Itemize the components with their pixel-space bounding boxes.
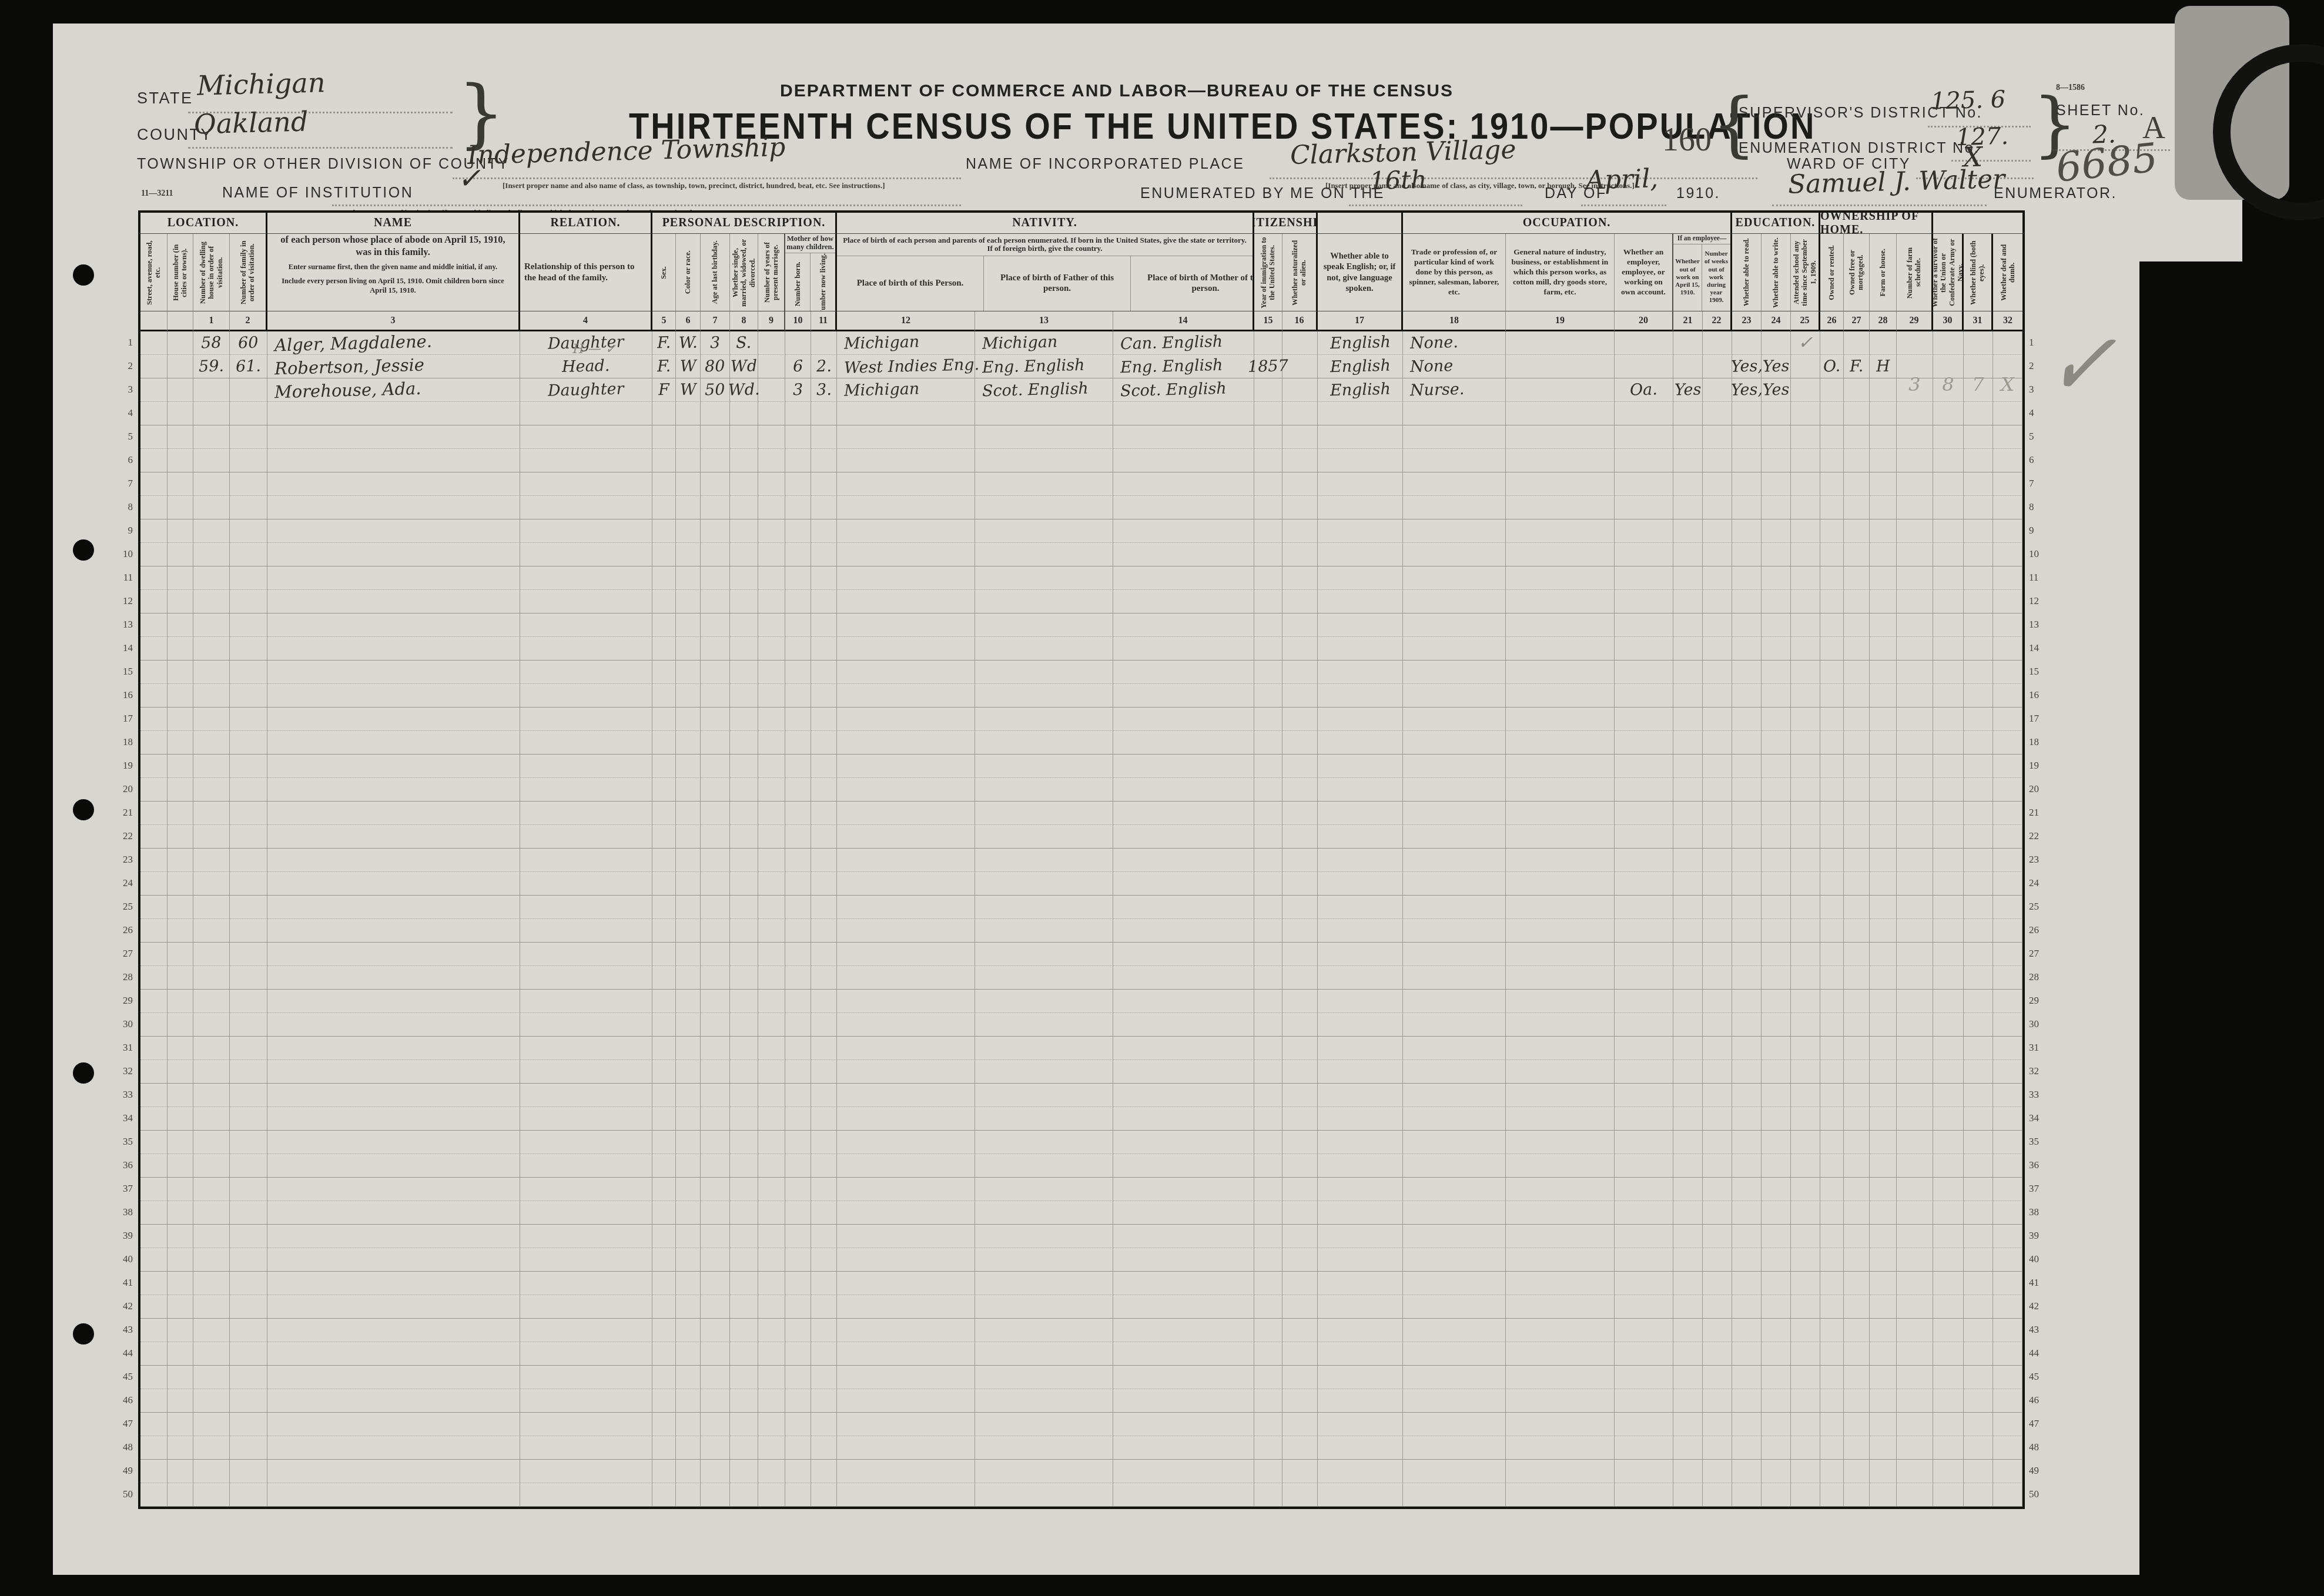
cell-r6-sex bbox=[652, 449, 676, 472]
cell-r16-sex bbox=[652, 684, 676, 708]
cell-r12-natur bbox=[1282, 590, 1318, 613]
vh-read: Whether able to read. bbox=[1732, 234, 1761, 311]
line-number-right-34: 34 bbox=[2029, 1112, 2039, 1124]
cell-r13-sex bbox=[652, 613, 676, 637]
cell-r5-street bbox=[140, 425, 168, 449]
cell-r39-born bbox=[785, 1225, 811, 1248]
col-header-natur: Whether naturalized or alien. bbox=[1282, 234, 1318, 311]
cell-r4-owned bbox=[1820, 402, 1844, 425]
cell-r40-yrsmar bbox=[758, 1248, 785, 1272]
vh-school: Attended school any time since September… bbox=[1791, 234, 1819, 311]
cell-r47-survivor bbox=[1933, 1413, 1964, 1436]
cell-r11-house bbox=[168, 566, 193, 590]
cell-r34-color bbox=[676, 1107, 701, 1131]
cell-r41-name bbox=[267, 1272, 520, 1295]
line-number-left-49: 49 bbox=[107, 1465, 133, 1477]
cell-r35-born bbox=[785, 1131, 811, 1154]
cell-r48-natur bbox=[1282, 1436, 1318, 1460]
cell-r16-trade bbox=[1403, 684, 1506, 708]
cell-r48-name bbox=[267, 1436, 520, 1460]
cell-r29-deaf bbox=[1993, 990, 2022, 1013]
cell-r22-owned bbox=[1820, 825, 1844, 849]
cell-r39-industry bbox=[1506, 1225, 1615, 1248]
cell-r39-deaf bbox=[1993, 1225, 2022, 1248]
cell-r5-deaf bbox=[1993, 425, 2022, 449]
vh-house: House number (in cities or towns). bbox=[168, 234, 193, 311]
cell-r12-bm bbox=[1113, 590, 1254, 613]
cell-r31-industry bbox=[1506, 1037, 1615, 1060]
cell-r2-color: W bbox=[676, 355, 701, 378]
cell-r8-house bbox=[168, 496, 193, 519]
col-header-house: House number (in cities or towns). bbox=[168, 234, 193, 311]
cell-r21-yrsmar bbox=[758, 802, 785, 825]
cell-r19-age bbox=[701, 755, 730, 778]
col-number-marital: 8 bbox=[730, 311, 758, 331]
cell-r33-natur bbox=[1282, 1084, 1318, 1107]
line-number-right-3: 3 bbox=[2029, 384, 2034, 395]
cell-r3-bm: Scot. English bbox=[1113, 378, 1254, 402]
cell-r17-dwell bbox=[193, 708, 230, 731]
cell-r36-weeks bbox=[1703, 1154, 1732, 1178]
cell-r30-marital bbox=[730, 1013, 758, 1037]
line-number-right-40: 40 bbox=[2029, 1253, 2039, 1265]
cell-r8-family bbox=[230, 496, 267, 519]
cell-r45-yrsmar bbox=[758, 1366, 785, 1389]
cell-r6-deaf bbox=[1993, 449, 2022, 472]
cell-r42-street bbox=[140, 1295, 168, 1319]
cell-r46-sex bbox=[652, 1389, 676, 1413]
cell-r15-weeks bbox=[1703, 660, 1732, 684]
cell-r48-born bbox=[785, 1436, 811, 1460]
cell-r18-relation bbox=[520, 731, 652, 755]
cell-r22-mortg bbox=[1844, 825, 1870, 849]
col-number-deaf: 32 bbox=[1993, 311, 2022, 331]
cell-r47-relation bbox=[520, 1413, 652, 1436]
cell-r29-street bbox=[140, 990, 168, 1013]
cell-r29-name bbox=[267, 990, 520, 1013]
cell-r29-family bbox=[230, 990, 267, 1013]
cell-r8-survivor bbox=[1933, 496, 1964, 519]
col-number-sched: 29 bbox=[1897, 311, 1933, 331]
col-number-name: 3 bbox=[267, 311, 520, 331]
cell-r33-mortg bbox=[1844, 1084, 1870, 1107]
cell-r9-english bbox=[1318, 519, 1403, 543]
cell-r43-write bbox=[1762, 1319, 1791, 1342]
cell-r44-deaf bbox=[1993, 1342, 2022, 1366]
cell-r8-mortg bbox=[1844, 496, 1870, 519]
cell-r37-name bbox=[267, 1178, 520, 1201]
cell-r4-color bbox=[676, 402, 701, 425]
cell-r4-english bbox=[1318, 402, 1403, 425]
cell-r9-write bbox=[1762, 519, 1791, 543]
cell-r22-blind bbox=[1964, 825, 1993, 849]
cell-r43-school bbox=[1791, 1319, 1820, 1342]
cell-r19-english bbox=[1318, 755, 1403, 778]
cell-r1-age: 3 bbox=[701, 331, 730, 355]
cell-r30-bf bbox=[975, 1013, 1113, 1037]
cell-r13-blind bbox=[1964, 613, 1993, 637]
cell-r37-read bbox=[1732, 1178, 1762, 1201]
cell-r9-industry bbox=[1506, 519, 1615, 543]
cell-r2-school bbox=[1791, 355, 1820, 378]
cell-r7-sched bbox=[1897, 472, 1933, 496]
cell-r43-sex bbox=[652, 1319, 676, 1342]
value-r1-name: Alger, Magdalene. bbox=[274, 332, 433, 354]
cell-r49-bp bbox=[837, 1460, 975, 1483]
cell-r3-immig bbox=[1254, 378, 1282, 402]
cell-r33-street bbox=[140, 1084, 168, 1107]
cell-r37-blind bbox=[1964, 1178, 1993, 1201]
cell-r24-survivor bbox=[1933, 872, 1964, 896]
cell-r25-owned bbox=[1820, 896, 1844, 919]
cell-r48-deaf bbox=[1993, 1436, 2022, 1460]
cell-r33-english bbox=[1318, 1084, 1403, 1107]
cell-r47-blind bbox=[1964, 1413, 1993, 1436]
cell-r49-sex bbox=[652, 1460, 676, 1483]
cell-r19-blind bbox=[1964, 755, 1993, 778]
cell-r32-street bbox=[140, 1060, 168, 1084]
cell-r33-immig bbox=[1254, 1084, 1282, 1107]
cell-r40-english bbox=[1318, 1248, 1403, 1272]
cell-r32-industry bbox=[1506, 1060, 1615, 1084]
cell-r10-industry bbox=[1506, 543, 1615, 566]
cell-r17-trade bbox=[1403, 708, 1506, 731]
cell-r28-mortg bbox=[1844, 966, 1870, 990]
cell-r4-school bbox=[1791, 402, 1820, 425]
col-number-bp: 12 bbox=[837, 311, 975, 331]
group-header-5: CITIZENSHIP. bbox=[1254, 213, 1318, 234]
cell-r28-farmhouse bbox=[1870, 966, 1897, 990]
line-number-left-33: 33 bbox=[107, 1089, 133, 1101]
cell-r19-weeks bbox=[1703, 755, 1732, 778]
cell-r42-bm bbox=[1113, 1295, 1254, 1319]
cell-r27-survivor bbox=[1933, 943, 1964, 966]
cell-r28-trade bbox=[1403, 966, 1506, 990]
cell-r6-bp bbox=[837, 449, 975, 472]
cell-r25-age bbox=[701, 896, 730, 919]
cell-r11-bm bbox=[1113, 566, 1254, 590]
cell-r4-blind bbox=[1964, 402, 1993, 425]
line-number-right-36: 36 bbox=[2029, 1159, 2039, 1171]
cell-r5-write bbox=[1762, 425, 1791, 449]
cell-r16-dwell bbox=[193, 684, 230, 708]
cell-r25-sex bbox=[652, 896, 676, 919]
line-number-left-21: 21 bbox=[107, 807, 133, 819]
cell-r19-outwork bbox=[1673, 755, 1703, 778]
cell-r29-school bbox=[1791, 990, 1820, 1013]
value-r1-marital: S. bbox=[736, 334, 752, 352]
cell-r34-weeks bbox=[1703, 1107, 1732, 1131]
cell-r17-house bbox=[168, 708, 193, 731]
cell-r20-owned bbox=[1820, 778, 1844, 802]
cell-r32-employer bbox=[1615, 1060, 1673, 1084]
cell-r47-yrsmar bbox=[758, 1413, 785, 1436]
vh-blind: Whether blind (both eyes). bbox=[1964, 234, 1991, 311]
cell-r33-write bbox=[1762, 1084, 1791, 1107]
cell-r38-blind bbox=[1964, 1201, 1993, 1225]
cell-r44-survivor bbox=[1933, 1342, 1964, 1366]
cell-r11-family bbox=[230, 566, 267, 590]
cell-r18-name bbox=[267, 731, 520, 755]
cell-r23-name bbox=[267, 849, 520, 872]
cell-r18-house bbox=[168, 731, 193, 755]
cell-r7-family bbox=[230, 472, 267, 496]
cell-r29-living bbox=[811, 990, 837, 1013]
cell-r19-write bbox=[1762, 755, 1791, 778]
cell-r34-read bbox=[1732, 1107, 1762, 1131]
incorporated-place-label: NAME OF INCORPORATED PLACE bbox=[966, 156, 1244, 173]
cell-r29-yrsmar bbox=[758, 990, 785, 1013]
cell-r26-deaf bbox=[1993, 919, 2022, 943]
cell-r24-outwork bbox=[1673, 872, 1703, 896]
cell-r38-name bbox=[267, 1201, 520, 1225]
cell-r5-english bbox=[1318, 425, 1403, 449]
line-number-left-46: 46 bbox=[107, 1394, 133, 1406]
cell-r47-industry bbox=[1506, 1413, 1615, 1436]
cell-r18-immig bbox=[1254, 731, 1282, 755]
cell-r12-street bbox=[140, 590, 168, 613]
cell-r14-owned bbox=[1820, 637, 1844, 660]
name-header-note1: Enter surname first, then the given name… bbox=[273, 263, 513, 272]
line-number-left-18: 18 bbox=[107, 736, 133, 748]
cell-r41-immig bbox=[1254, 1272, 1282, 1295]
cell-r45-outwork bbox=[1673, 1366, 1703, 1389]
cell-r30-trade bbox=[1403, 1013, 1506, 1037]
cell-r31-trade bbox=[1403, 1037, 1506, 1060]
cell-r41-natur bbox=[1282, 1272, 1318, 1295]
cell-r19-marital bbox=[730, 755, 758, 778]
cell-r45-deaf bbox=[1993, 1366, 2022, 1389]
cell-r47-street bbox=[140, 1413, 168, 1436]
cell-r39-dwell bbox=[193, 1225, 230, 1248]
cell-r42-age bbox=[701, 1295, 730, 1319]
cell-r16-blind bbox=[1964, 684, 1993, 708]
cell-r23-dwell bbox=[193, 849, 230, 872]
cell-r16-deaf bbox=[1993, 684, 2022, 708]
cell-r44-bf bbox=[975, 1342, 1113, 1366]
cell-r9-bm bbox=[1113, 519, 1254, 543]
cell-r27-bp bbox=[837, 943, 975, 966]
cell-r6-weeks bbox=[1703, 449, 1732, 472]
cell-r2-immig: 1857 bbox=[1254, 355, 1282, 378]
cell-r5-bf bbox=[975, 425, 1113, 449]
cell-r20-trade bbox=[1403, 778, 1506, 802]
cell-r32-bm bbox=[1113, 1060, 1254, 1084]
line-number-left-17: 17 bbox=[107, 713, 133, 725]
col-number-industry: 19 bbox=[1506, 311, 1615, 331]
cell-r3-natur bbox=[1282, 378, 1318, 402]
cell-r34-blind bbox=[1964, 1107, 1993, 1131]
cell-r36-school bbox=[1791, 1154, 1820, 1178]
cell-r32-owned bbox=[1820, 1060, 1844, 1084]
cell-r40-color bbox=[676, 1248, 701, 1272]
cell-r5-bm bbox=[1113, 425, 1254, 449]
line-number-right-25: 25 bbox=[2029, 901, 2039, 913]
cell-r9-marital bbox=[730, 519, 758, 543]
cell-r21-write bbox=[1762, 802, 1791, 825]
cell-r39-blind bbox=[1964, 1225, 1993, 1248]
line-number-right-21: 21 bbox=[2029, 807, 2039, 819]
cell-r35-bf bbox=[975, 1131, 1113, 1154]
cell-r26-farmhouse bbox=[1870, 919, 1897, 943]
cell-r29-outwork bbox=[1673, 990, 1703, 1013]
line-number-right-44: 44 bbox=[2029, 1347, 2039, 1359]
cell-r10-name bbox=[267, 543, 520, 566]
vh-mortg: Owned free or mortgaged. bbox=[1844, 234, 1869, 311]
cell-r45-immig bbox=[1254, 1366, 1282, 1389]
cell-r4-sched bbox=[1897, 402, 1933, 425]
cell-r40-street bbox=[140, 1248, 168, 1272]
cell-r24-immig bbox=[1254, 872, 1282, 896]
cell-r39-read bbox=[1732, 1225, 1762, 1248]
cell-r41-dwell bbox=[193, 1272, 230, 1295]
cell-r39-age bbox=[701, 1225, 730, 1248]
cell-r23-bp bbox=[837, 849, 975, 872]
cell-r14-name bbox=[267, 637, 520, 660]
cell-r39-weeks bbox=[1703, 1225, 1732, 1248]
cell-r27-age bbox=[701, 943, 730, 966]
cell-r36-english bbox=[1318, 1154, 1403, 1178]
cell-r5-sex bbox=[652, 425, 676, 449]
cell-r3-mortg bbox=[1844, 378, 1870, 402]
cell-r16-sched bbox=[1897, 684, 1933, 708]
cell-r24-born bbox=[785, 872, 811, 896]
cell-r36-marital bbox=[730, 1154, 758, 1178]
cell-r38-mortg bbox=[1844, 1201, 1870, 1225]
cell-r41-school bbox=[1791, 1272, 1820, 1295]
cell-r42-read bbox=[1732, 1295, 1762, 1319]
cell-r11-write bbox=[1762, 566, 1791, 590]
cell-r25-bp bbox=[837, 896, 975, 919]
cell-r39-name bbox=[267, 1225, 520, 1248]
punch-hole bbox=[73, 1062, 94, 1084]
cell-r1-trade: None. bbox=[1403, 331, 1506, 355]
cell-r16-read bbox=[1732, 684, 1762, 708]
cell-r12-weeks bbox=[1703, 590, 1732, 613]
incorporated-rule bbox=[1270, 177, 1757, 179]
cell-r45-living bbox=[811, 1366, 837, 1389]
cell-r24-read bbox=[1732, 872, 1762, 896]
cell-r50-read bbox=[1732, 1483, 1762, 1507]
cell-r41-outwork bbox=[1673, 1272, 1703, 1295]
cell-r24-family bbox=[230, 872, 267, 896]
cell-r29-sex bbox=[652, 990, 676, 1013]
cell-r1-sched bbox=[1897, 331, 1933, 355]
cell-r2-natur bbox=[1282, 355, 1318, 378]
cell-r10-marital bbox=[730, 543, 758, 566]
group-header-6 bbox=[1318, 213, 1403, 234]
line-number-left-12: 12 bbox=[107, 595, 133, 607]
cell-r10-trade bbox=[1403, 543, 1506, 566]
cell-r47-bf bbox=[975, 1413, 1113, 1436]
cell-r1-sex: F. bbox=[652, 331, 676, 355]
cell-r14-english bbox=[1318, 637, 1403, 660]
census-title: THIRTEENTH CENSUS OF THE UNITED STATES: … bbox=[629, 105, 1816, 147]
cell-r38-employer bbox=[1615, 1201, 1673, 1225]
col-header-street: Street, avenue, road, etc. bbox=[140, 234, 168, 311]
line-number-right-47: 47 bbox=[2029, 1418, 2039, 1430]
cell-r6-street bbox=[140, 449, 168, 472]
cell-r9-read bbox=[1732, 519, 1762, 543]
cell-r39-sched bbox=[1897, 1225, 1933, 1248]
cell-r3-name: Morehouse, Ada. bbox=[267, 378, 520, 402]
cell-r44-farmhouse bbox=[1870, 1342, 1897, 1366]
cell-r33-survivor bbox=[1933, 1084, 1964, 1107]
cell-r49-dwell bbox=[193, 1460, 230, 1483]
cell-r32-sched bbox=[1897, 1060, 1933, 1084]
cell-r44-born bbox=[785, 1342, 811, 1366]
col-header-mother-children: Mother of how many children.Number born.… bbox=[785, 234, 837, 311]
cell-r48-bp bbox=[837, 1436, 975, 1460]
cell-r43-blind bbox=[1964, 1319, 1993, 1342]
cell-r36-industry bbox=[1506, 1154, 1615, 1178]
cell-r35-employer bbox=[1615, 1131, 1673, 1154]
cell-r14-industry bbox=[1506, 637, 1615, 660]
cell-r50-farmhouse bbox=[1870, 1483, 1897, 1507]
cell-r24-school bbox=[1791, 872, 1820, 896]
cell-r12-write bbox=[1762, 590, 1791, 613]
cell-r13-immig bbox=[1254, 613, 1282, 637]
cell-r22-bm bbox=[1113, 825, 1254, 849]
col-number-bf: 13 bbox=[975, 311, 1113, 331]
cell-r10-family bbox=[230, 543, 267, 566]
cell-r16-weeks bbox=[1703, 684, 1732, 708]
cell-r47-write bbox=[1762, 1413, 1791, 1436]
cell-r15-english bbox=[1318, 660, 1403, 684]
cell-r6-dwell bbox=[193, 449, 230, 472]
col-number-blind: 31 bbox=[1964, 311, 1993, 331]
cell-r17-read bbox=[1732, 708, 1762, 731]
cell-r49-mortg bbox=[1844, 1460, 1870, 1483]
cell-r38-house bbox=[168, 1201, 193, 1225]
cell-r11-dwell bbox=[193, 566, 230, 590]
cell-r10-outwork bbox=[1673, 543, 1703, 566]
cell-r36-mortg bbox=[1844, 1154, 1870, 1178]
cell-r20-school bbox=[1791, 778, 1820, 802]
line-number-right-18: 18 bbox=[2029, 736, 2039, 748]
cell-r42-sched bbox=[1897, 1295, 1933, 1319]
cell-r14-sched bbox=[1897, 637, 1933, 660]
line-number-left-41: 41 bbox=[107, 1277, 133, 1289]
cell-r32-outwork bbox=[1673, 1060, 1703, 1084]
cell-r48-marital bbox=[730, 1436, 758, 1460]
cell-r39-outwork bbox=[1673, 1225, 1703, 1248]
cell-r23-house bbox=[168, 849, 193, 872]
col-number-school: 25 bbox=[1791, 311, 1820, 331]
cell-r48-industry bbox=[1506, 1436, 1615, 1460]
cell-r49-natur bbox=[1282, 1460, 1318, 1483]
cell-r4-read bbox=[1732, 402, 1762, 425]
col-number-born: 10 bbox=[785, 311, 811, 331]
cell-r22-read bbox=[1732, 825, 1762, 849]
cell-r41-bm bbox=[1113, 1272, 1254, 1295]
cell-r46-age bbox=[701, 1389, 730, 1413]
cell-r20-industry bbox=[1506, 778, 1615, 802]
cell-r20-color bbox=[676, 778, 701, 802]
cell-r34-living bbox=[811, 1107, 837, 1131]
pencil-r3-survivor: 8 bbox=[1942, 373, 1954, 395]
cell-r2-house bbox=[168, 355, 193, 378]
cell-r1-bm: Can. English bbox=[1113, 331, 1254, 355]
cell-r43-owned bbox=[1820, 1319, 1844, 1342]
cell-r25-house bbox=[168, 896, 193, 919]
cell-r38-industry bbox=[1506, 1201, 1615, 1225]
stamp-160: 160 bbox=[1662, 121, 1712, 159]
value-r1-english: English bbox=[1330, 333, 1391, 353]
cell-r26-natur bbox=[1282, 919, 1318, 943]
cell-r1-farmhouse bbox=[1870, 331, 1897, 355]
cell-r7-write bbox=[1762, 472, 1791, 496]
